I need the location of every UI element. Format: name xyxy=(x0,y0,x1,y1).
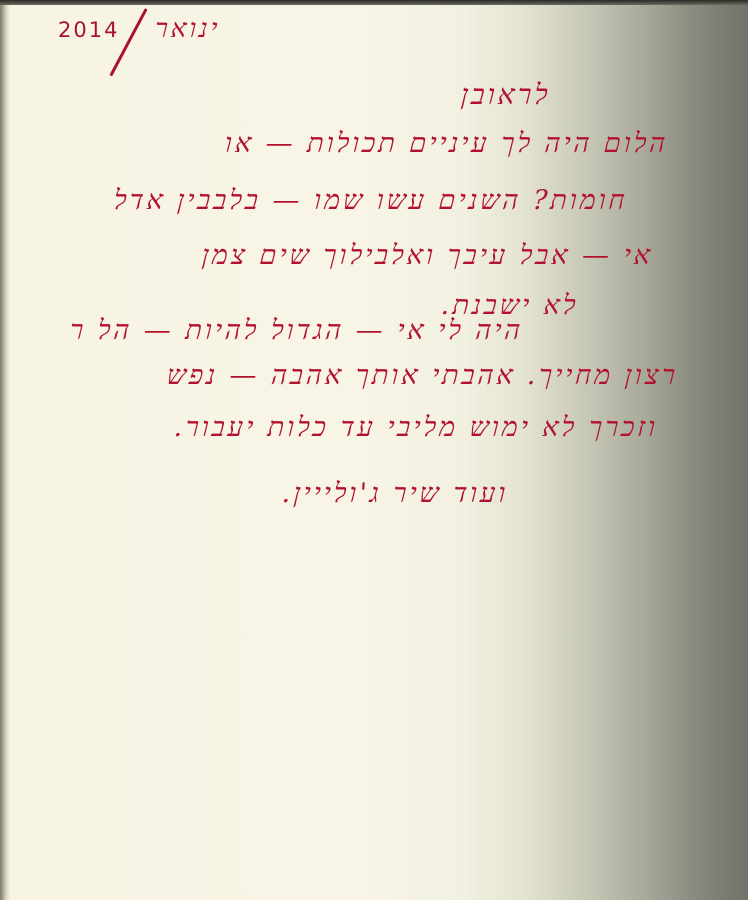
letter-salutation: לראובן xyxy=(459,78,551,112)
letter-line-7: וזכרך לא ימוש מליבי עד כלות יעבור. xyxy=(173,412,659,443)
letter-line-2: חומות? השנים עשו שמו — בלבבין אדל xyxy=(113,185,629,216)
letter-line-1: הלום היה לך עיניים תכולות — או xyxy=(224,128,669,159)
letter-line-8: ועוד שיר ג'ולייין. xyxy=(281,478,509,509)
letter-line-6: רצון מחייך. אהבתי אותך אהבה — נפש xyxy=(166,360,679,391)
letter-line-5: היה לי אי — הגדול להיות — הל ר xyxy=(69,315,524,346)
scan-top-edge xyxy=(0,0,748,5)
date-month: ינואר xyxy=(154,14,221,44)
date-year: 2014 xyxy=(58,18,119,42)
scanned-letter-page: 2014 ינואר לראובן הלום היה לך עיניים תכו… xyxy=(0,0,748,900)
letter-line-3: אי — אבל עיבך ואלבילוך שים צמן xyxy=(201,240,654,271)
